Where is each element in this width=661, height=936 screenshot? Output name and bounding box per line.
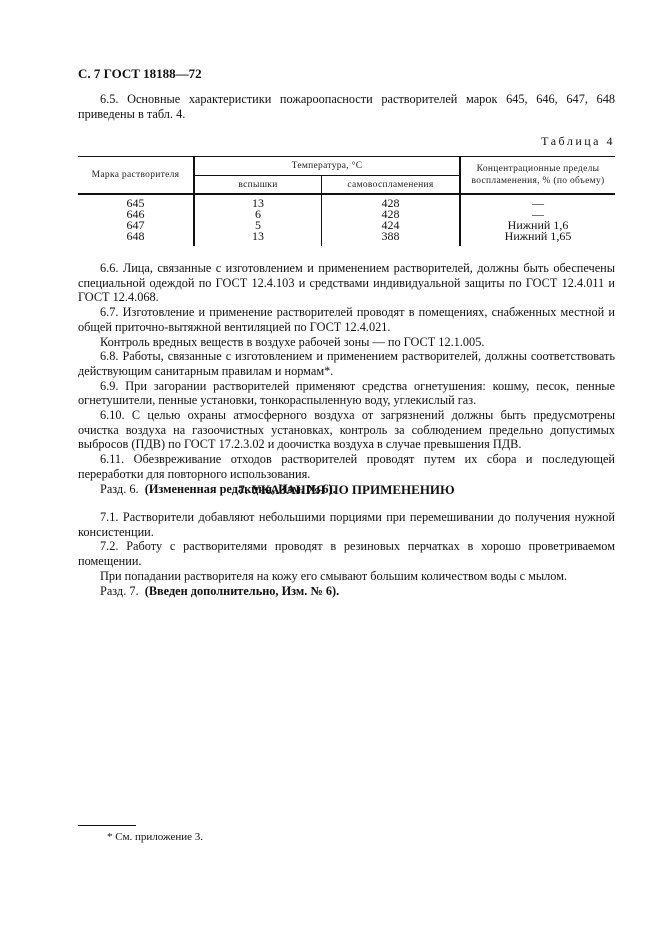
paragraph-6-10: 6.10. С целью охраны атмосферного воздух…: [78, 408, 615, 452]
paragraph-7-1: 7.1. Растворители добавляют небольшими п…: [78, 510, 615, 539]
paragraph-6-11: 6.11. Обезвреживание отходов растворител…: [78, 452, 615, 481]
table-4: Марка растворителя Температура, °С Конце…: [78, 156, 615, 246]
cell-limits: Нижний 1,65: [460, 231, 615, 246]
paragraph-6-7: 6.7. Изготовление и применение растворит…: [78, 305, 615, 334]
section-6-body: 6.6. Лица, связанные с изготовлением и п…: [78, 261, 615, 496]
header-grade: Марка растворителя: [78, 157, 194, 195]
paragraph-6-7-control: Контроль вредных веществ в воздухе рабоч…: [78, 335, 615, 350]
table-row: 648 13 388 Нижний 1,65: [78, 231, 615, 246]
section-7-title: 7. УКАЗАНИЯ ПО ПРИМЕНЕНИЮ: [78, 482, 615, 498]
paragraph-7-2: 7.2. Работу с растворителями проводят в …: [78, 539, 615, 568]
paragraph-6-9: 6.9. При загорании растворителей применя…: [78, 379, 615, 408]
footnote-divider: [78, 825, 136, 826]
page-title: С. 7 ГОСТ 18188—72: [78, 66, 202, 82]
cell-flash: 13: [194, 231, 322, 246]
header-autoignition: самовоспламенения: [322, 176, 461, 195]
header-temperature: Температура, °С: [194, 157, 460, 176]
cell-grade: 648: [78, 231, 194, 246]
section-7-body: 7.1. Растворители добавляют небольшими п…: [78, 510, 615, 598]
header-flash: вспышки: [194, 176, 322, 195]
note-amendment: (Введен дополнительно, Изм. № 6).: [145, 584, 339, 598]
paragraph-text: 6.5. Основные характеристики пожароопасн…: [78, 92, 615, 121]
footnote: * См. приложение 3.: [107, 831, 203, 843]
section-7-note: Разд. 7. (Введен дополнительно, Изм. № 6…: [78, 584, 615, 599]
header-limits: Концентрационные пределы воспламенения, …: [460, 157, 615, 195]
paragraph-7-2-skin: При попадании растворителя на кожу его с…: [78, 569, 615, 584]
paragraph-6-8: 6.8. Работы, связанные с изготовлением и…: [78, 349, 615, 378]
note-prefix: Разд. 7.: [100, 584, 139, 598]
paragraph-6-5: 6.5. Основные характеристики пожароопасн…: [78, 92, 615, 121]
paragraph-6-6: 6.6. Лица, связанные с изготовлением и п…: [78, 261, 615, 305]
table-caption: Таблица 4: [541, 134, 615, 149]
cell-autoignition: 388: [322, 231, 461, 246]
